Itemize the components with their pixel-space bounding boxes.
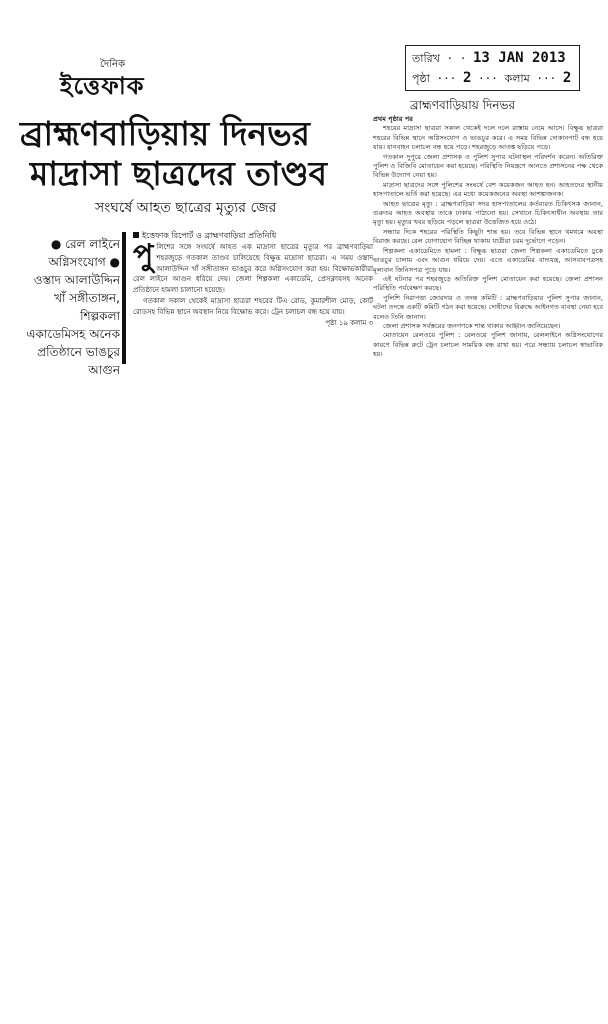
continued-note: পৃষ্ঠা ১৯ কলাম ৩	[133, 318, 373, 329]
clipping-stamp: তারিখ · · 13 JAN 2013 পৃষ্ঠা ··· 2 ··· ক…	[405, 45, 580, 91]
paragraph: শিল্পকলা একাডেমিতে হামলা : বিক্ষুব্ধ ছাত…	[373, 247, 603, 275]
continuation-column: প্রথম পৃষ্ঠার পর শহরের মাদ্রাসা ছাত্ররা …	[373, 115, 603, 360]
sidebar-rule	[122, 232, 126, 364]
body-paragraph-2: গতকাল সকাল থেকেই মাদ্রাসা ছাত্ররা শহরের …	[133, 296, 373, 318]
stamp-date-row: তারিখ · · 13 JAN 2013	[412, 48, 573, 68]
clipping-heading: ব্রাহ্মণবাড়িয়ায় দিনভর	[410, 97, 515, 117]
byline-text: ইত্তেফাক রিপোর্ট ও ব্রাহ্মণবাড়িয়া প্রত…	[142, 231, 276, 240]
stamp-page-value: 2	[463, 70, 471, 86]
paragraph: গতকাল দুপুরে জেলা প্রশাসক ও পুলিশ সুপার …	[373, 153, 603, 181]
paragraph: সন্ধ্যার দিকে শহরের পরিস্থিতি কিছুটা শান…	[373, 228, 603, 247]
paragraph: মোতায়েন রেলওয়ে পুলিশ : রেলওয়ে পুলিশ জ…	[373, 331, 603, 359]
headline-line-1: ব্রাহ্মণবাড়িয়ায় দিনভর	[20, 114, 375, 154]
drop-cap: পু	[133, 242, 153, 270]
sidebar-highlights: ● রেল লাইনে অগ্নিসংযোগ ● ওস্তাদ আলাউদ্দি…	[25, 235, 120, 379]
stamp-column-label: কলাম	[505, 72, 530, 85]
stamp-date-label: তারিখ	[412, 52, 440, 65]
article-body: পু লিশের সঙ্গে সংঘর্ষে আহত এক মাদ্রাসা ছ…	[133, 242, 373, 328]
masthead-logo: ইত্তেফাক	[60, 68, 145, 108]
paragraph: মাদ্রাসা ছাত্রদের সঙ্গে পুলিশের সংঘর্ষে …	[373, 181, 603, 200]
paragraph: শহরের মাদ্রাসা ছাত্ররা সকাল থেকেই দলে দল…	[373, 124, 603, 152]
body-paragraph-1: লিশের সঙ্গে সংঘর্ষে আহত এক মাদ্রাসা ছাত্…	[133, 243, 373, 294]
paragraph: জেলা প্রশাসক সর্বস্তরের জনগণকে শান্ত থাক…	[373, 322, 603, 331]
subheadline: সংঘর্ষে আহত ছাত্রের মৃত্যুর জের	[95, 196, 276, 220]
paragraph: এই ঘটনার পর শহরজুড়ে অতিরিক্ত পুলিশ মোতা…	[373, 275, 603, 294]
stamp-page-row: পৃষ্ঠা ··· 2 ··· কলাম ··· 2	[412, 68, 573, 88]
stamp-date-value: 13 JAN 2013	[473, 50, 566, 66]
paragraph: পুলিশি নিরাপত্তা জোরদার ও তদন্ত কমিটি : …	[373, 294, 603, 322]
stamp-column-value: 2	[563, 70, 571, 86]
continuation-lead: প্রথম পৃষ্ঠার পর	[373, 115, 603, 124]
headline-line-2: মাদ্রাসা ছাত্রদের তাণ্ডব	[30, 154, 370, 194]
paragraph: আহত ছাত্রের মৃত্যু : ব্রাহ্মণবাড়িয়া সদ…	[373, 200, 603, 228]
stamp-page-label: পৃষ্ঠা	[412, 72, 430, 85]
